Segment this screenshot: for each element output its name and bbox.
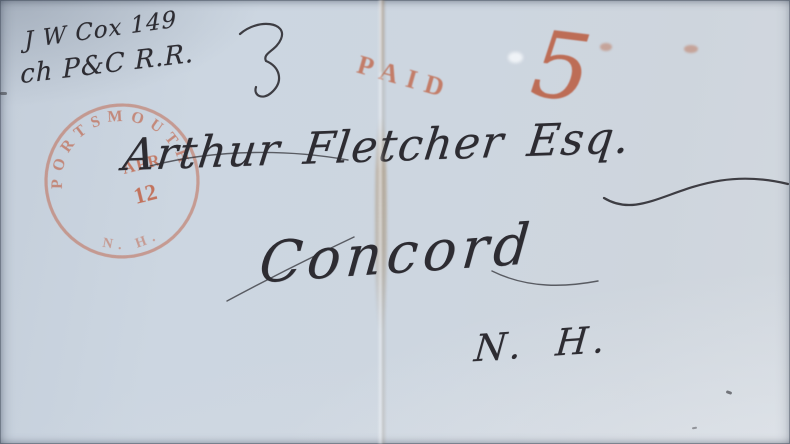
red-ink-smudge (684, 45, 698, 53)
edge-mark (0, 92, 7, 95)
red-ink-smudge (600, 43, 612, 51)
datestamp-day: 12 (131, 179, 159, 209)
rate-handstamp: 5 (527, 18, 596, 116)
ink-speck (726, 390, 733, 395)
address-state-line: N. H. (473, 321, 611, 368)
paper-glare-spot (508, 52, 523, 63)
address-recipient-line: Arthur Fletcher Esq. (121, 116, 634, 178)
paid-handstamp: PAID (354, 50, 456, 106)
datestamp-state-text: N. H. (99, 227, 164, 258)
address-city-line: Concord (257, 217, 537, 293)
esq-tail-flourish (604, 179, 788, 205)
ink-speck (692, 427, 697, 430)
postal-cover: PORTSMOUTH N. H. APR 12 PAID 5 J W Cox 1… (0, 0, 790, 444)
paraph-flourish (240, 24, 282, 97)
